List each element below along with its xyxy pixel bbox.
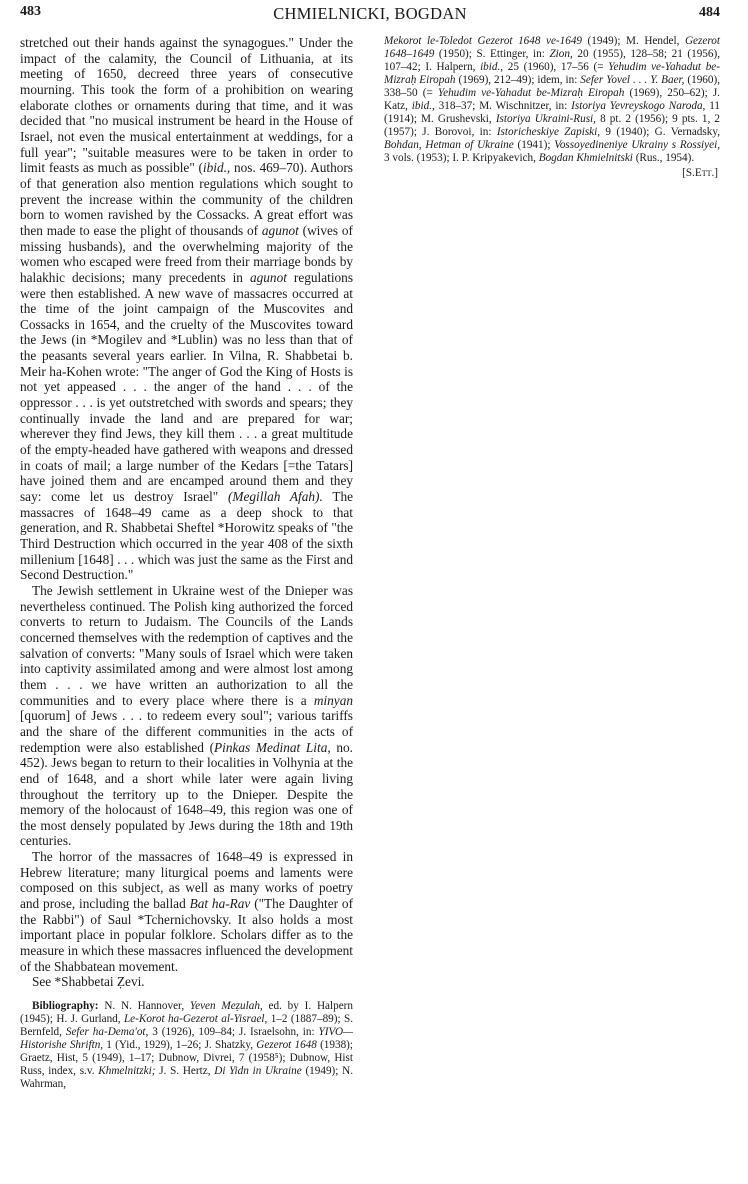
bibliography-continued: Mekorot le-Toledot Gezerot 1648 ve-1649 … — [384, 35, 720, 165]
bibliography-text: N. N. Hannover, Yeven Meẓulah, ed. by I.… — [20, 1000, 353, 1090]
paragraph: The horror of the massacres of 1648–49 i… — [20, 849, 353, 974]
page-header: 483 CHMIELNICKI, BOGDAN 484 — [20, 4, 720, 24]
paragraph: The Jewish settlement in Ukraine west of… — [20, 583, 353, 849]
left-column: stretched out their hands against the sy… — [20, 35, 353, 1091]
running-title: CHMIELNICKI, BOGDAN — [20, 4, 720, 24]
right-column: Mekorot le-Toledot Gezerot 1648 ve-1649 … — [384, 35, 720, 180]
attribution-text: [S.Ett.] — [682, 167, 718, 179]
bibliography-label: Bibliography: — [32, 1000, 99, 1012]
page-number-right: 484 — [699, 5, 720, 21]
author-attribution: [S.Ett.] — [384, 167, 720, 180]
paragraph: stretched out their hands against the sy… — [20, 35, 353, 583]
bibliography: Bibliography: N. N. Hannover, Yeven Meẓu… — [20, 1000, 353, 1091]
see-also-reference: See *Shabbetai Ẓevi. — [20, 974, 353, 990]
